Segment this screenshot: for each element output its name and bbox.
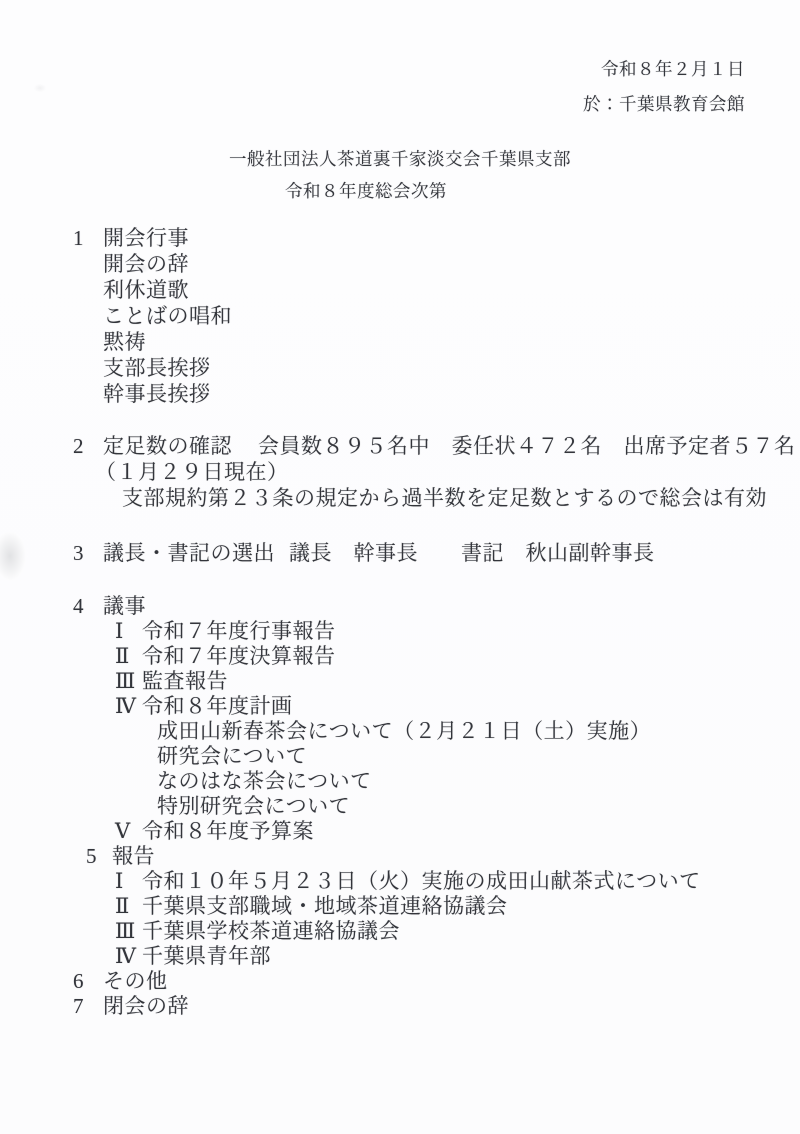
agenda-body: 1開会行事 開会の辞 利休道歌 ことばの唱和 黙祷 支部長挨拶 幹事長挨拶 2定… <box>0 225 800 1019</box>
section-2-heading: 2定足数の確認会員数８９５名中 委任状４７２名 出席予定者５７名 <box>0 433 800 459</box>
roman-numeral: Ⅲ <box>115 919 142 944</box>
section-heading: その他 <box>103 969 168 993</box>
agenda-subitem: 成田山新春茶会について（２月２１日（土）実施） <box>0 719 800 744</box>
roman-numeral: Ⅰ <box>115 869 142 894</box>
section-3-heading: 3議長・書記の選出議長 幹事長 書記 秋山副幹事長 <box>0 540 800 566</box>
document-page: 令和８年２月１日 於：千葉県教育会館 一般社団法人茶道裏千家淡交会千葉県支部 令… <box>0 0 800 1134</box>
section-heading: 報告 <box>112 844 155 868</box>
roman-numeral: Ⅲ <box>115 669 142 694</box>
agenda-roman-item: Ⅰ令和７年度行事報告 <box>0 619 800 644</box>
section-number: 6 <box>73 969 103 994</box>
agenda-item: 支部長挨拶 <box>0 355 800 381</box>
section-5-heading: 5報告 <box>0 844 800 869</box>
roman-item-text: 千葉県青年部 <box>142 944 271 968</box>
section-number: 1 <box>73 225 103 251</box>
document-date: 令和８年２月１日 <box>583 52 745 87</box>
roman-numeral: Ⅰ <box>115 619 142 644</box>
agenda-item: 黙祷 <box>0 329 800 355</box>
section-6-heading: 6その他 <box>0 969 800 994</box>
document-title-block: 一般社団法人茶道裏千家淡交会千葉県支部 令和８年度総会次第 <box>0 143 800 207</box>
section-4-heading: 4議事 <box>0 593 800 619</box>
section-number: 4 <box>73 593 103 619</box>
agenda-subitem: なのはな茶会について <box>0 769 800 794</box>
agenda-subitem: 研究会について <box>0 744 800 769</box>
roman-item-text: 令和８年度予算案 <box>142 819 314 843</box>
roman-item-text: 令和８年度計画 <box>142 694 293 718</box>
document-subtitle: 令和８年度総会次第 <box>0 175 766 207</box>
section-heading: 議長・書記の選出 <box>103 541 275 565</box>
document-venue: 於：千葉県教育会館 <box>583 87 745 122</box>
section-number: 7 <box>73 994 103 1019</box>
roman-numeral: Ⅱ <box>115 894 142 919</box>
roman-item-text: 千葉県支部職域・地域茶道連絡協議会 <box>142 894 508 918</box>
agenda-roman-item: Ⅲ監査報告 <box>0 669 800 694</box>
agenda-item: ことばの唱和 <box>0 303 800 329</box>
quorum-note-date: （１月２９日現在） <box>0 459 800 485</box>
quorum-note-rule: 支部規約第２３条の規定から過半数を定足数とするので総会は有効 <box>0 485 800 511</box>
section-1-heading: 1開会行事 <box>0 225 800 251</box>
agenda-roman-item: Ⅳ千葉県青年部 <box>0 944 800 969</box>
numbered-items-block: Ⅰ令和７年度行事報告 Ⅱ令和７年度決算報告 Ⅲ監査報告 Ⅳ令和８年度計画 成田山… <box>0 619 800 1019</box>
roman-numeral: Ⅳ <box>115 694 142 719</box>
document-header: 令和８年２月１日 於：千葉県教育会館 <box>583 52 745 122</box>
agenda-item: 利休道歌 <box>0 277 800 303</box>
agenda-roman-item: Ⅰ令和１０年５月２３日（火）実施の成田山献茶式について <box>0 869 800 894</box>
agenda-roman-item: Ⅳ令和８年度計画 <box>0 694 800 719</box>
roman-item-text: 令和７年度行事報告 <box>142 619 336 643</box>
agenda-subitem: 特別研究会について <box>0 794 800 819</box>
roman-item-text: 千葉県学校茶道連絡協議会 <box>142 919 400 943</box>
section-heading: 議事 <box>103 594 146 618</box>
section-7-heading: 7閉会の辞 <box>0 994 800 1019</box>
agenda-item: 幹事長挨拶 <box>0 381 800 407</box>
section-number: 2 <box>73 433 103 459</box>
agenda-roman-item: Ⅴ令和８年度予算案 <box>0 819 800 844</box>
agenda-roman-item: Ⅱ令和７年度決算報告 <box>0 644 800 669</box>
organization-name: 一般社団法人茶道裏千家淡交会千葉県支部 <box>0 143 800 175</box>
section-number: 5 <box>86 844 112 869</box>
chair-secretary-detail: 議長 幹事長 書記 秋山副幹事長 <box>289 541 655 565</box>
roman-numeral: Ⅳ <box>115 944 142 969</box>
section-heading: 定足数の確認 <box>103 434 232 458</box>
agenda-roman-item: Ⅲ千葉県学校茶道連絡協議会 <box>0 919 800 944</box>
agenda-roman-item: Ⅱ千葉県支部職域・地域茶道連絡協議会 <box>0 894 800 919</box>
section-number: 3 <box>73 540 103 566</box>
roman-item-text: 令和１０年５月２３日（火）実施の成田山献茶式について <box>142 869 701 893</box>
roman-numeral: Ⅱ <box>115 644 142 669</box>
roman-item-text: 令和７年度決算報告 <box>142 644 336 668</box>
section-heading: 閉会の辞 <box>103 994 189 1018</box>
section-heading: 開会行事 <box>103 226 189 250</box>
agenda-item: 開会の辞 <box>0 251 800 277</box>
roman-item-text: 監査報告 <box>142 669 228 693</box>
quorum-detail: 会員数８９５名中 委任状４７２名 出席予定者５７名 <box>258 434 796 458</box>
roman-numeral: Ⅴ <box>115 819 142 844</box>
